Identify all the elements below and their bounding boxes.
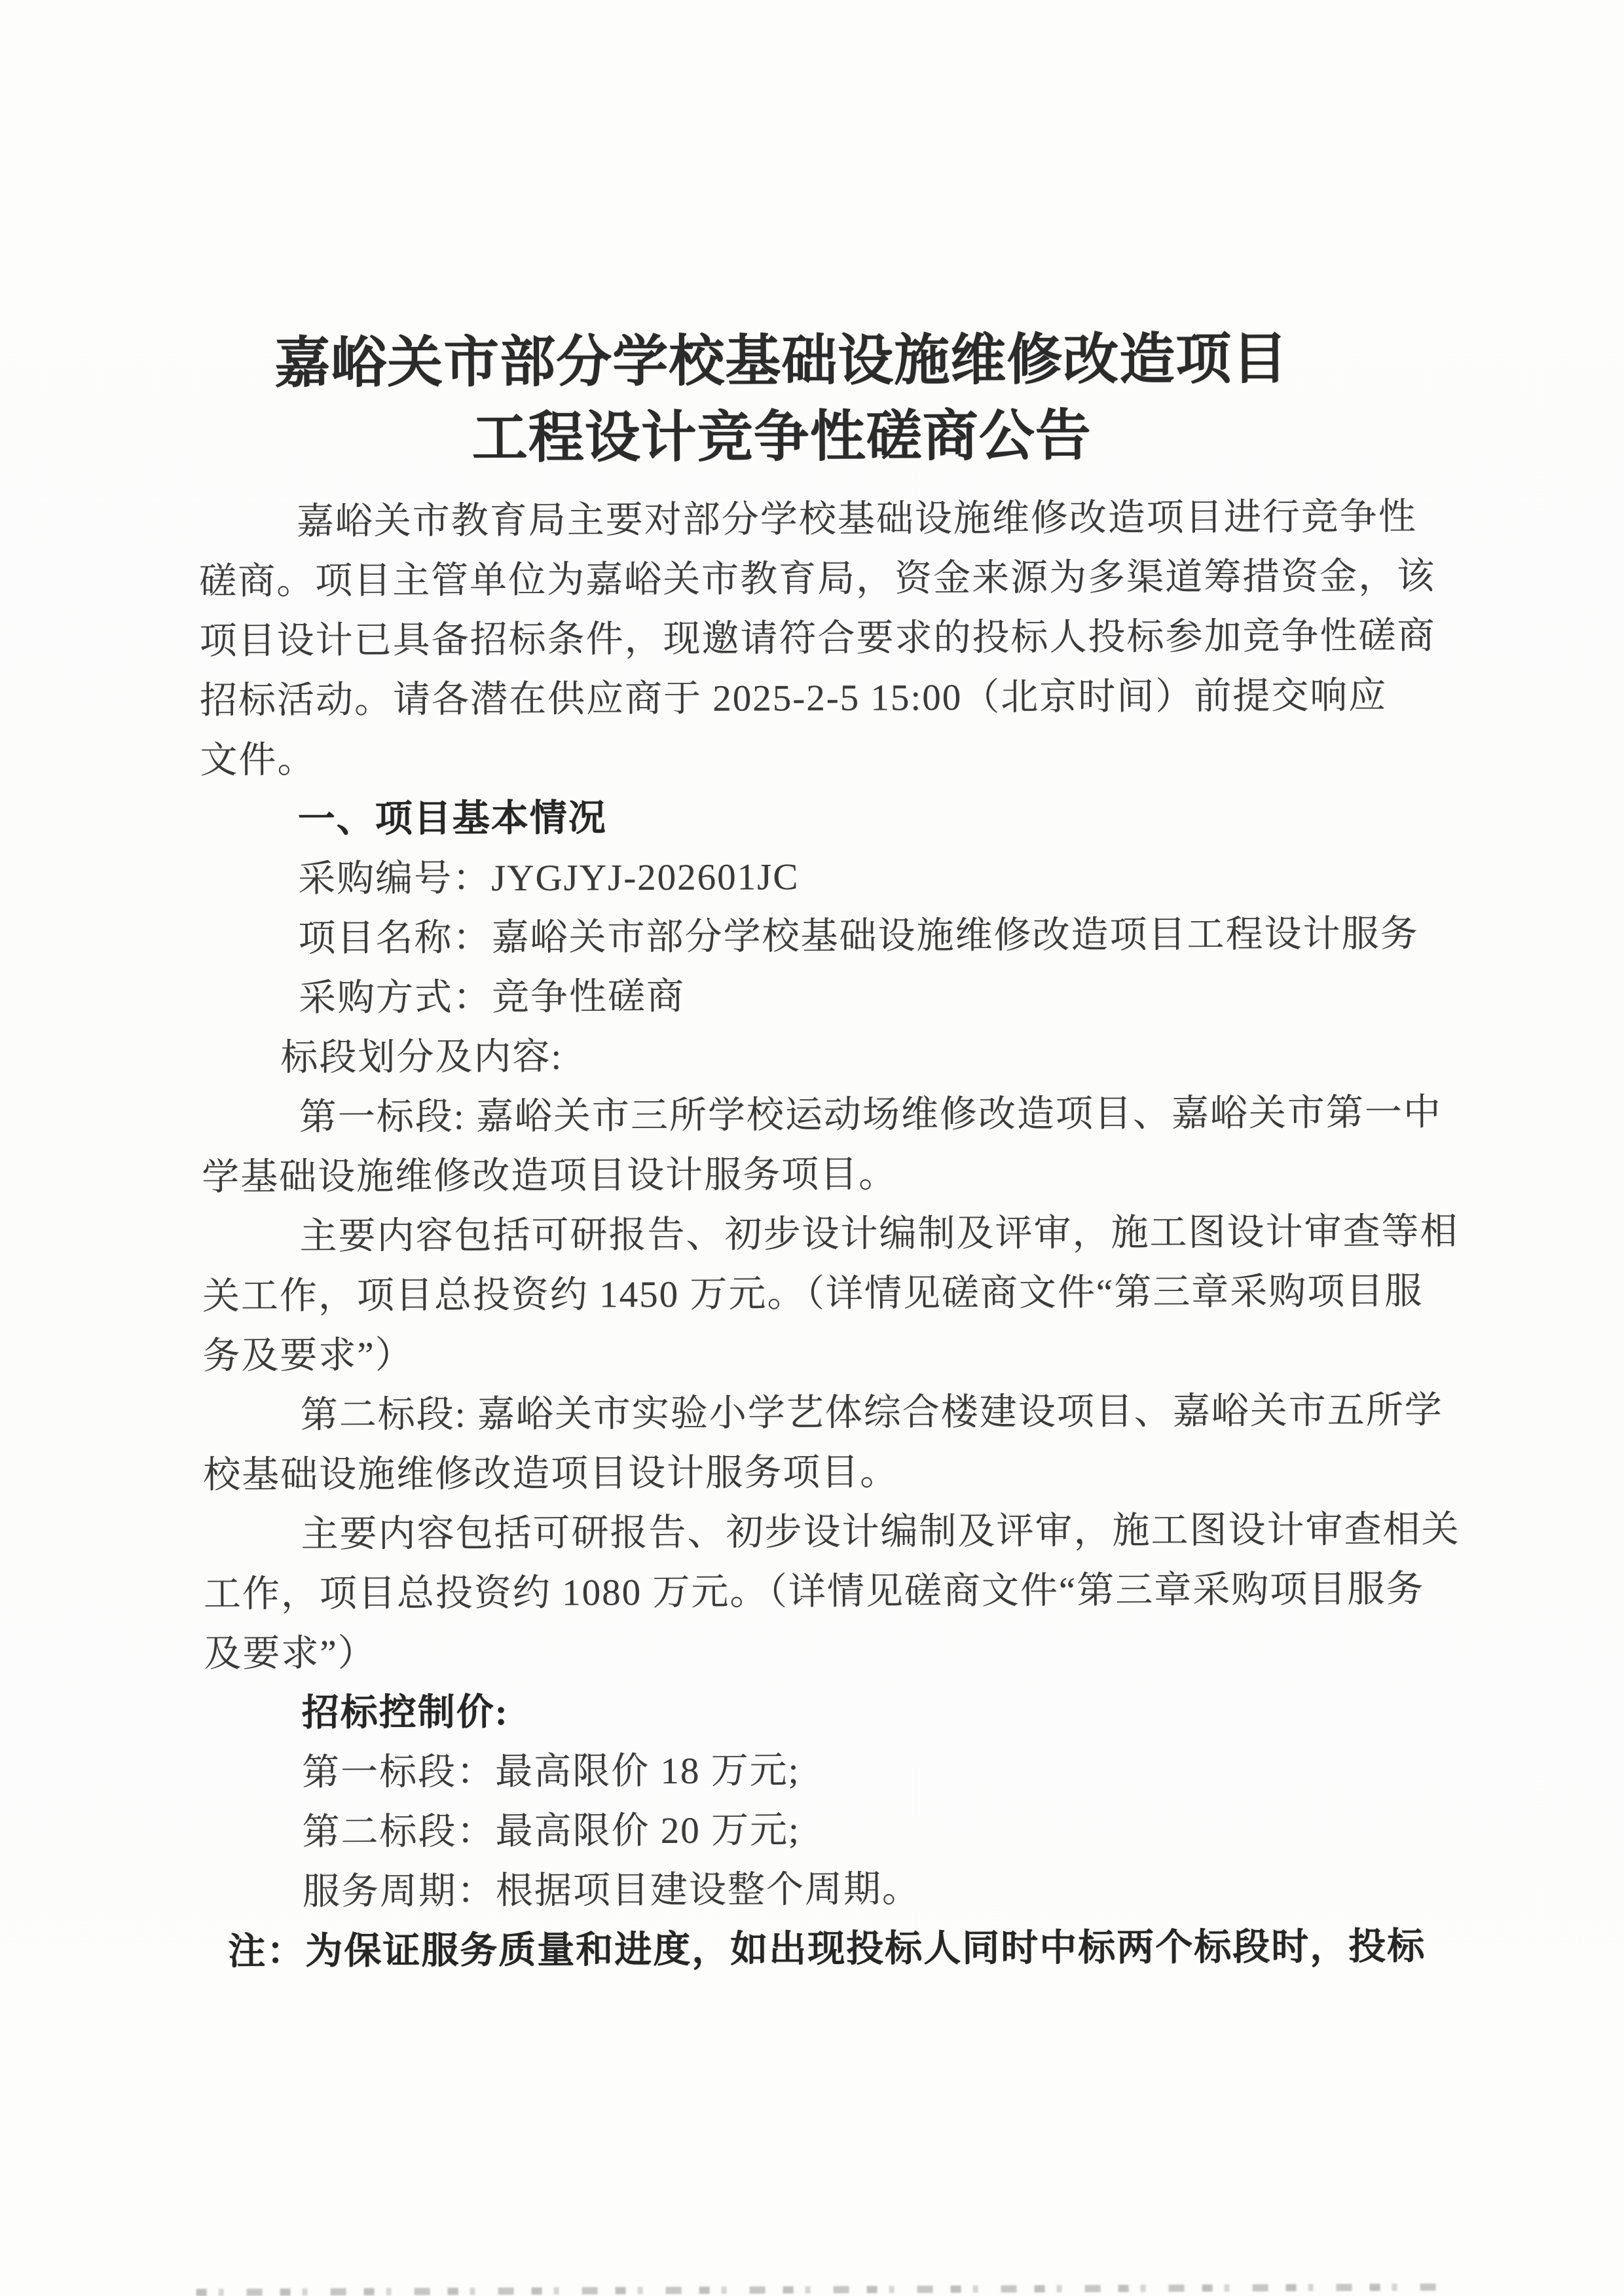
text-line-2: 磋商。项目主管单位为嘉峪关市教育局，资金来源为多渠道筹措资金，该 <box>199 547 1450 611</box>
document-title: 嘉峪关市部分学校基础设施维修改造项目 工程设计竞争性磋商公告 <box>162 321 1402 478</box>
document-body: 嘉峪关市教育局主要对部分学校基础设施维修改造项目进行竞争性 磋商。项目主管单位为… <box>199 487 1456 1982</box>
text-line-lot1-scope-2: 关工作，项目总投资约 1450 万元。（详情见磋商文件“第三章采购项目服 <box>202 1262 1453 1326</box>
text-line-lot1-1: 第一标段: 嘉峪关市三所学校运动场维修改造项目、嘉峪关市第一中 <box>202 1083 1452 1148</box>
document-title-line-1: 嘉峪关市部分学校基础设施维修改造项目 <box>162 321 1401 402</box>
scan-content: 嘉峪关市部分学校基础设施维修改造项目 工程设计竞争性磋商公告 嘉峪关市教育局主要… <box>0 0 1624 2296</box>
text-line-lot2-2: 校基础设施维修改造项目设计服务项目。 <box>203 1440 1454 1505</box>
text-line-procurement-method: 采购方式：竞争性磋商 <box>201 964 1452 1029</box>
text-line-5: 文件。 <box>200 725 1450 790</box>
text-line-lot1-scope-3: 务及要求”） <box>202 1321 1453 1386</box>
document-title-line-2: 工程设计竞争性磋商公告 <box>162 397 1401 478</box>
text-line-4: 招标活动。请各潜在供应商于 2025-2-5 15:00（北京时间）前提交响应 <box>200 666 1450 731</box>
text-line-lot2-scope-1: 主要内容包括可研报告、初步设计编制及评审，施工图设计审查相关 <box>203 1500 1454 1565</box>
section-heading-basic-info: 一、项目基本情况 <box>200 785 1451 850</box>
text-line-lot1-2: 学基础设施维修改造项目设计服务项目。 <box>202 1142 1452 1207</box>
text-line-1: 嘉峪关市教育局主要对部分学校基础设施维修改造项目进行竞争性 <box>199 487 1450 552</box>
text-line-3: 项目设计已具备招标条件，现邀请符合要求的投标人投标参加竞争性磋商 <box>199 606 1450 671</box>
cutoff-text-artifact <box>196 2284 1444 2296</box>
text-line-procurement-number: 采购编号：JYGJYJ-202601JC <box>200 845 1451 909</box>
text-line-lot1-price-cap: 第一标段：最高限价 18 万元; <box>204 1738 1455 1803</box>
text-line-project-name: 项目名称：嘉峪关市部分学校基础设施维修改造项目工程设计服务 <box>200 904 1451 969</box>
heading-bid-control-price: 招标控制价: <box>204 1679 1455 1743</box>
text-line-lot2-price-cap: 第二标段：最高限价 20 万元; <box>204 1798 1455 1863</box>
text-line-lot2-1: 第二标段: 嘉峪关市实验小学艺体综合楼建设项目、嘉峪关市五所学 <box>203 1381 1454 1446</box>
text-line-note: 注：为保证服务质量和进度，如出现投标人同时中标两个标段时，投标 <box>205 1917 1456 1982</box>
text-line-lot-division: 标段划分及内容: <box>201 1023 1452 1088</box>
scanned-document-page: 嘉峪关市部分学校基础设施维修改造项目 工程设计竞争性磋商公告 嘉峪关市教育局主要… <box>0 0 1624 2296</box>
text-line-lot1-scope-1: 主要内容包括可研报告、初步设计编制及评审，施工图设计审查等相 <box>202 1202 1452 1267</box>
text-line-lot2-scope-3: 及要求”） <box>204 1619 1454 1684</box>
text-line-lot2-scope-2: 工作，项目总投资约 1080 万元。（详情见磋商文件“第三章采购项目服务 <box>204 1559 1454 1624</box>
text-line-service-period: 服务周期：根据项目建设整个周期。 <box>205 1857 1456 1922</box>
